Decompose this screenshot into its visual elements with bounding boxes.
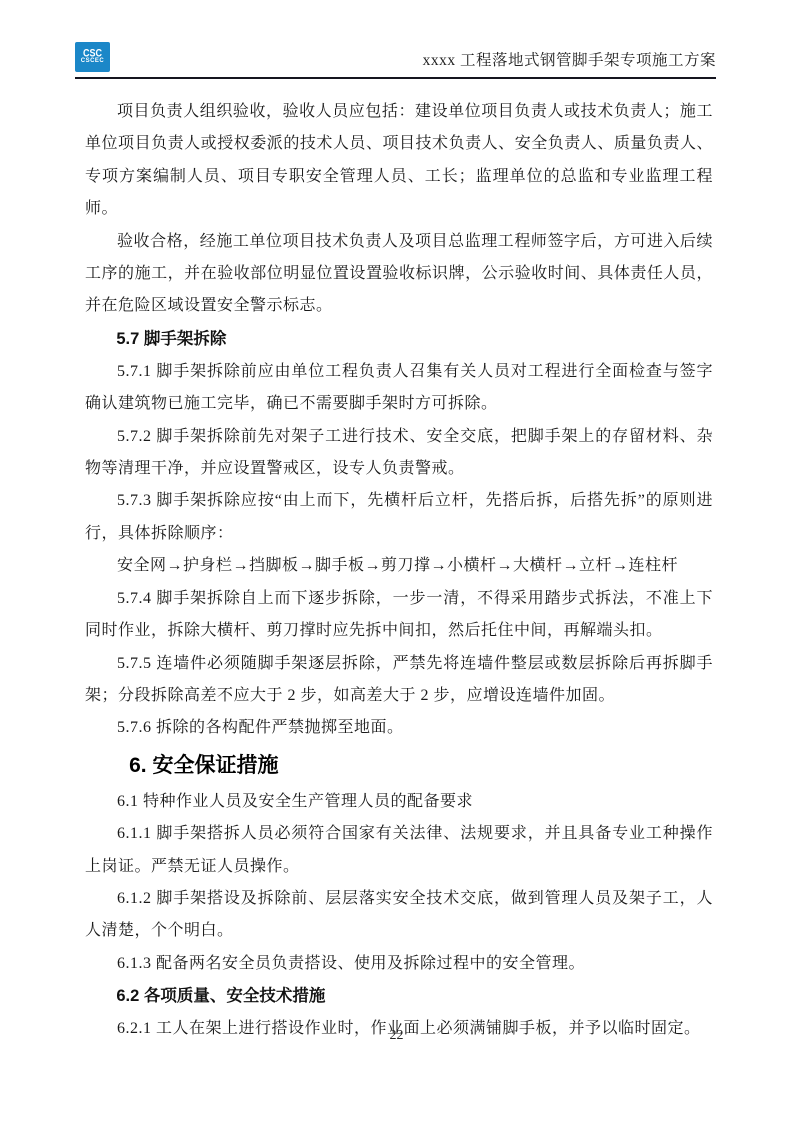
para-5-7-5: 5.7.5 连墙件必须随脚手架逐层拆除，严禁先将连墙件整层或数层拆除后再拆脚手架… <box>85 648 713 713</box>
page-number: 22 <box>390 1028 404 1043</box>
para-5-7-4: 5.7.4 脚手架拆除自上而下逐步拆除，一步一清，不得采用踏步式拆法，不准上下同… <box>85 583 713 648</box>
page-footer: 22 <box>0 1028 793 1044</box>
document-body: 项目负责人组织验收，验收人员应包括：建设单位项目负责人或技术负责人；施工单位项目… <box>85 96 713 1046</box>
heading-6-2: 6.2 各项质量、安全技术措施 <box>85 980 713 1013</box>
para-5-7-6: 5.7.6 拆除的各构配件严禁抛掷至地面。 <box>85 712 713 744</box>
para-6-1: 6.1 特种作业人员及安全生产管理人员的配备要求 <box>85 786 713 818</box>
page-header: CSC CSCEC xxxx 工程落地式钢管脚手架专项施工方案 <box>75 42 716 79</box>
para-5-7-2: 5.7.2 脚手架拆除前先对架子工进行技术、安全交底，把脚手架上的存留材料、杂物… <box>85 421 713 486</box>
para-5-7-3: 5.7.3 脚手架拆除应按“由上而下，先横杆后立杆，先搭后拆，后搭先拆”的原则进… <box>85 485 713 550</box>
para-6-1-1: 6.1.1 脚手架搭拆人员必须符合国家有关法律、法规要求，并且具备专业工种操作上… <box>85 818 713 883</box>
para-acceptance-signoff: 验收合格，经施工单位项目技术负责人及项目总监理工程师签字后，方可进入后续工序的施… <box>85 226 713 323</box>
para-5-7-1: 5.7.1 脚手架拆除前应由单位工程负责人召集有关人员对工程进行全面检查与签字确… <box>85 356 713 421</box>
heading-6: 6. 安全保证措施 <box>85 748 713 784</box>
document-page: CSC CSCEC xxxx 工程落地式钢管脚手架专项施工方案 项目负责人组织验… <box>0 0 793 1122</box>
para-6-1-3: 6.1.3 配备两名安全员负责搭设、使用及拆除过程中的安全管理。 <box>85 948 713 980</box>
para-dismantle-sequence: 安全网→护身栏→挡脚板→脚手板→剪刀撑→小横杆→大横杆→立杆→连柱杆 <box>85 550 713 582</box>
para-6-1-2: 6.1.2 脚手架搭设及拆除前、层层落实安全技术交底，做到管理人员及架子工，人人… <box>85 883 713 948</box>
document-title: xxxx 工程落地式钢管脚手架专项施工方案 <box>423 48 716 72</box>
logo-mark-text: CSC <box>83 48 102 59</box>
cscec-logo-icon: CSC CSCEC <box>75 42 110 72</box>
heading-5-7: 5.7 脚手架拆除 <box>85 323 713 356</box>
para-acceptance-personnel: 项目负责人组织验收，验收人员应包括：建设单位项目负责人或技术负责人；施工单位项目… <box>85 96 713 226</box>
